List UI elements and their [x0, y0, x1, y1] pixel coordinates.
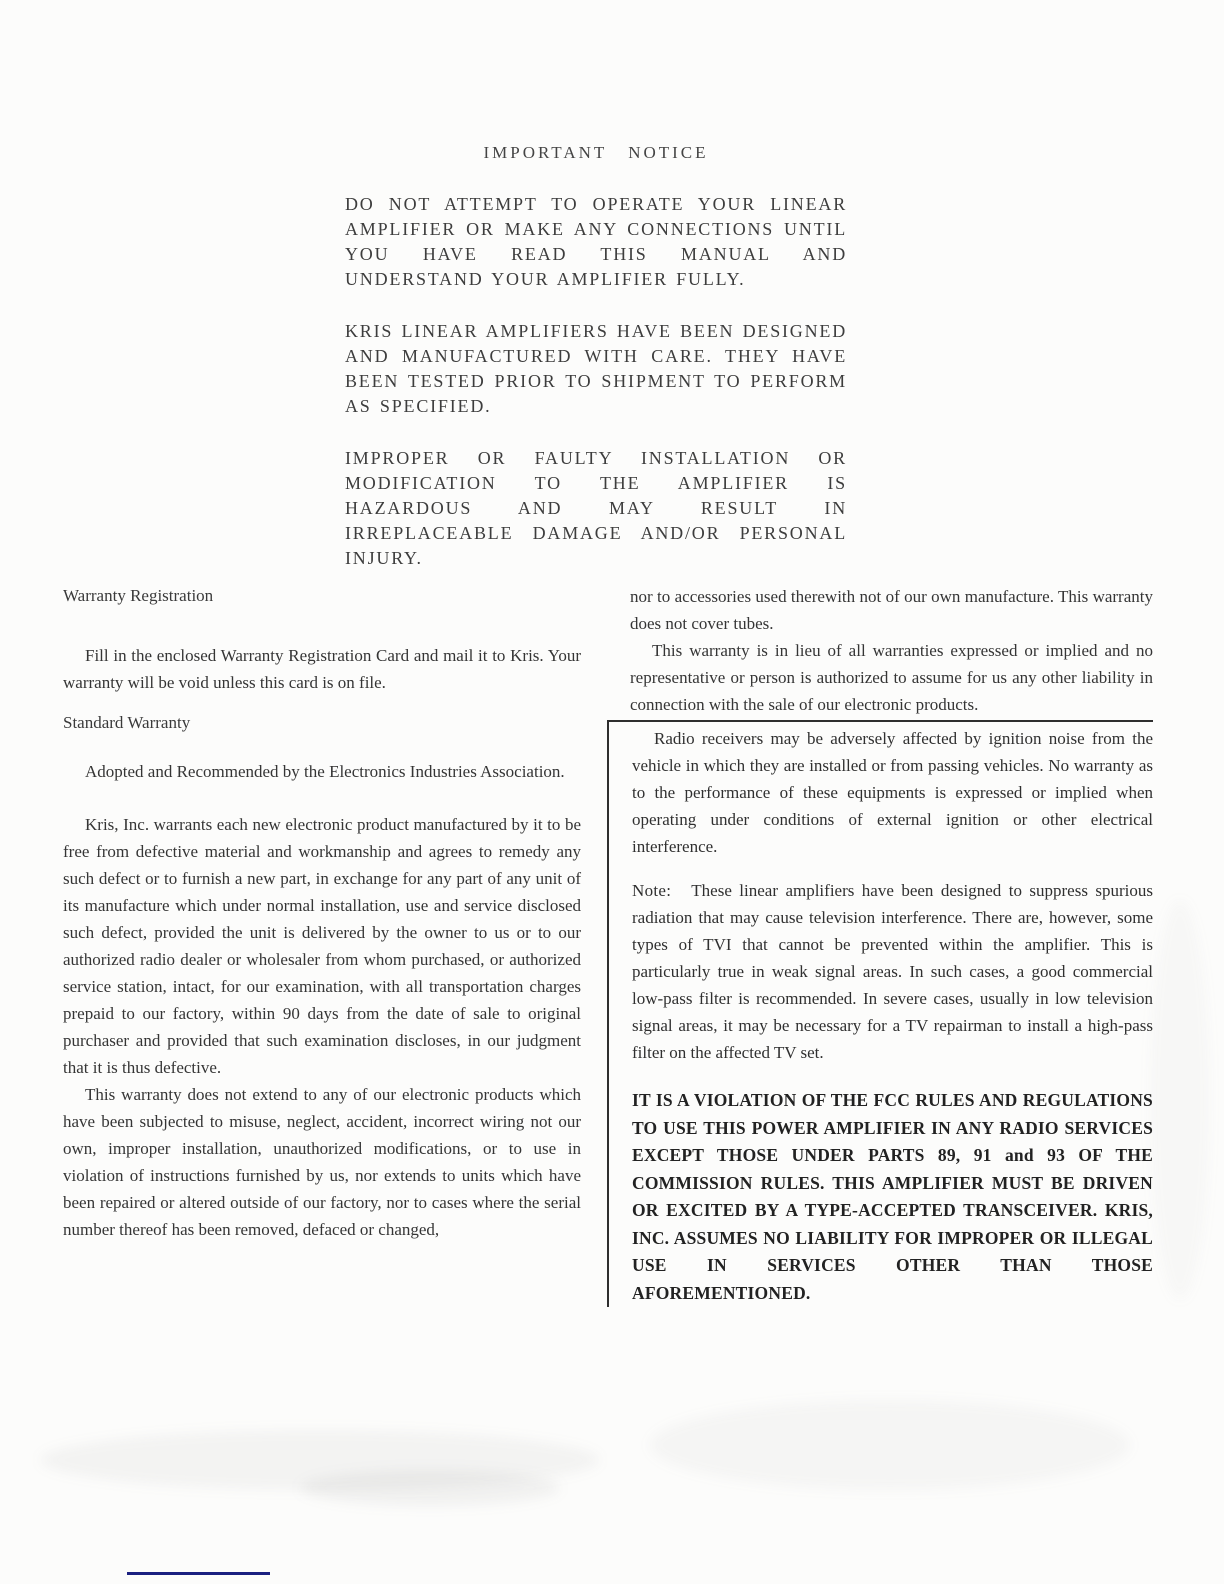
notice-paragraph-3: IMPROPER OR FAULTY INSTALLATION OR MODIF… [345, 446, 847, 571]
notice-paragraph-1: DO NOT ATTEMPT TO OPERATE YOUR LINEAR AM… [345, 192, 847, 292]
paragraph-not-extend: This warranty does not extend to any of … [63, 1081, 581, 1243]
right-column: nor to accessories used therewith not of… [607, 583, 1153, 1307]
notice-paragraph-2: KRIS LINEAR AMPLIFIERS HAVE BEEN DESIGNE… [345, 319, 847, 419]
scan-smudge [1150, 900, 1210, 1300]
paragraph-adopted: Adopted and Recommended by the Electroni… [63, 758, 581, 785]
scan-smudge [650, 1400, 1130, 1490]
bottom-ink-line [127, 1572, 270, 1575]
paragraph-accessories: nor to accessories used therewith not of… [607, 583, 1153, 637]
paragraph-fcc-warning: IT IS A VIOLATION OF THE FCC RULES AND R… [609, 1087, 1153, 1307]
paragraph-note: Note:These linear amplifiers have been d… [609, 877, 1153, 1066]
note-text: These linear amplifiers have been design… [632, 881, 1153, 1062]
important-notice-block: IMPORTANT NOTICE DO NOT ATTEMPT TO OPERA… [345, 143, 847, 571]
paragraph-fill-card: Fill in the enclosed Warranty Registrati… [63, 642, 581, 696]
scanned-manual-page: IMPORTANT NOTICE DO NOT ATTEMPT TO OPERA… [0, 0, 1224, 1584]
paragraph-radio-receivers: Radio receivers may be adversely affecte… [609, 725, 1153, 860]
heading-standard-warranty: Standard Warranty [63, 712, 581, 734]
warranty-disclaimer-box: Radio receivers may be adversely affecte… [607, 720, 1153, 1307]
page-title: IMPORTANT NOTICE [345, 143, 847, 163]
heading-warranty-registration: Warranty Registration [63, 585, 581, 607]
paragraph-warrants: Kris, Inc. warrants each new electronic … [63, 811, 581, 1081]
note-label: Note: [632, 881, 691, 900]
scan-smudge [300, 1470, 560, 1506]
paragraph-in-lieu: This warranty is in lieu of all warranti… [607, 637, 1153, 718]
left-column: Warranty Registration Fill in the enclos… [63, 585, 581, 1243]
